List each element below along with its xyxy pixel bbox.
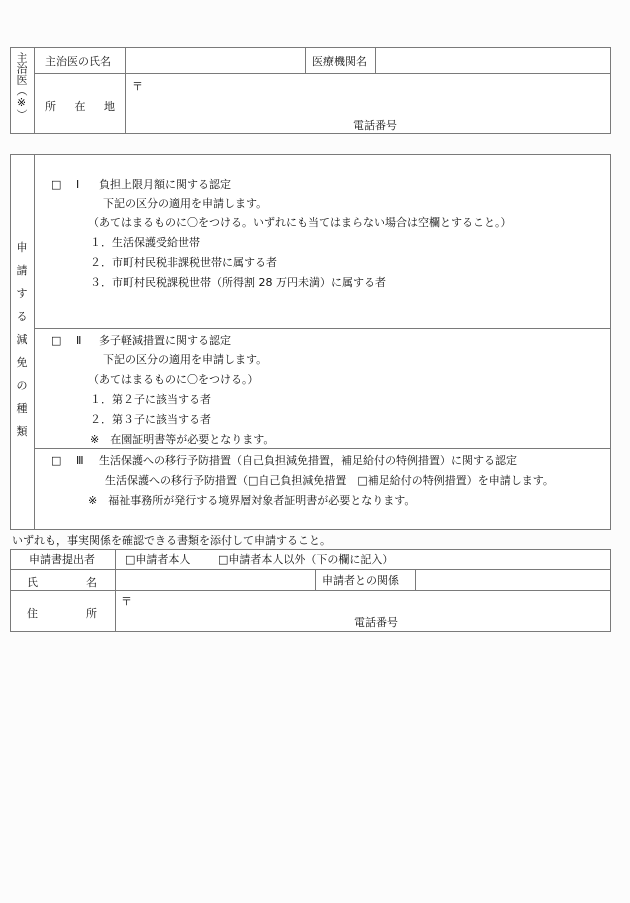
attachment-note: いずれも，事実関係を確認できる書類を添付して申請すること。: [12, 534, 331, 548]
submitter-option-self[interactable]: □申請者本人: [125, 553, 190, 567]
label-char: 住: [27, 605, 38, 621]
numeral-section-1: Ⅰ: [76, 178, 79, 192]
label-char: 所: [86, 605, 97, 621]
section-1-option-3[interactable]: ３．市町村民税課税世帯（所得割 28 万円未満）に属する者: [90, 276, 386, 290]
numeral-section-2: Ⅱ: [76, 334, 81, 348]
postal-mark: 〒: [132, 80, 143, 94]
divider: [34, 328, 611, 329]
physician-phone-field[interactable]: [410, 115, 606, 133]
submitter-phone-label: 電話番号: [354, 616, 398, 630]
checkbox-section-2[interactable]: □: [51, 334, 61, 348]
physician-name-label: 主治医の氏名: [45, 55, 111, 69]
checkbox-section-3[interactable]: □: [51, 454, 61, 468]
section-2-apply-text: 下記の区分の適用を申請します。: [103, 353, 267, 367]
divider: [34, 448, 611, 449]
section-1-instruction: （あてはまるものに〇をつける。いずれにも当てはまらない場合は空欄とすること。）: [88, 216, 512, 230]
physician-address-field[interactable]: [146, 76, 606, 112]
divider: [34, 154, 35, 530]
section-2-option-1[interactable]: １．第２子に該当する者: [90, 393, 211, 407]
submitter-option-other[interactable]: □申請者本人以外（下の欄に記入）: [218, 553, 393, 567]
section-2-instruction: （あてはまるものに〇をつける。）: [88, 373, 259, 387]
physician-name-field[interactable]: [126, 48, 304, 73]
reduction-side-label: 申 請 す る 減 免 の 種 類: [12, 236, 32, 443]
checkbox-section-1[interactable]: □: [51, 178, 61, 192]
submitter-name-field[interactable]: [116, 570, 314, 590]
section-2-option-2[interactable]: ２．第３子に該当する者: [90, 413, 211, 427]
label-char: 氏: [27, 574, 38, 590]
divider: [315, 569, 316, 590]
section-1-title: 負担上限月額に関する認定: [99, 178, 231, 192]
institution-name-field[interactable]: [376, 48, 610, 73]
physician-side-label: 主治医（※）: [14, 52, 28, 132]
submitter-name-label: 氏 名: [27, 574, 97, 590]
physician-address-label: 所 在 地: [45, 98, 115, 114]
label-char: 在: [75, 98, 86, 114]
divider: [34, 73, 611, 74]
section-3-title: 生活保護への移行予防措置（自己負担減免措置，補足給付の特例措置）に関する認定: [99, 454, 517, 468]
relation-label: 申請者との関係: [322, 574, 399, 588]
submitter-phone-field[interactable]: [410, 614, 606, 631]
label-char: 名: [86, 574, 97, 590]
section-1-option-2[interactable]: ２．市町村民税非課税世帯に属する者: [90, 256, 277, 270]
institution-label: 医療機関名: [312, 55, 367, 69]
section-1-apply-text: 下記の区分の適用を申請します。: [103, 197, 267, 211]
section-3-apply-text: 生活保護への移行予防措置（□自己負担減免措置 □補足給付の特例措置）を申請します…: [105, 474, 554, 488]
physician-phone-label: 電話番号: [353, 119, 397, 133]
section-1-option-1[interactable]: １．生活保護受給世帯: [90, 236, 200, 250]
relation-field[interactable]: [416, 570, 610, 590]
section-3-note: ※ 福祉事務所が発行する境界層対象者証明書が必要となります。: [88, 494, 415, 508]
postal-mark: 〒: [121, 595, 132, 609]
divider: [305, 47, 306, 73]
divider: [10, 590, 611, 591]
submitter-address-field[interactable]: [135, 592, 605, 614]
numeral-section-3: Ⅲ: [76, 454, 84, 468]
label-char: 地: [104, 98, 115, 114]
section-2-title: 多子軽減措置に関する認定: [99, 334, 231, 348]
submitter-label: 申請書提出者: [29, 553, 95, 567]
submitter-address-label: 住 所: [27, 605, 97, 621]
divider: [34, 47, 35, 134]
section-2-note: ※ 在園証明書等が必要となります。: [90, 433, 274, 447]
label-char: 所: [45, 98, 56, 114]
